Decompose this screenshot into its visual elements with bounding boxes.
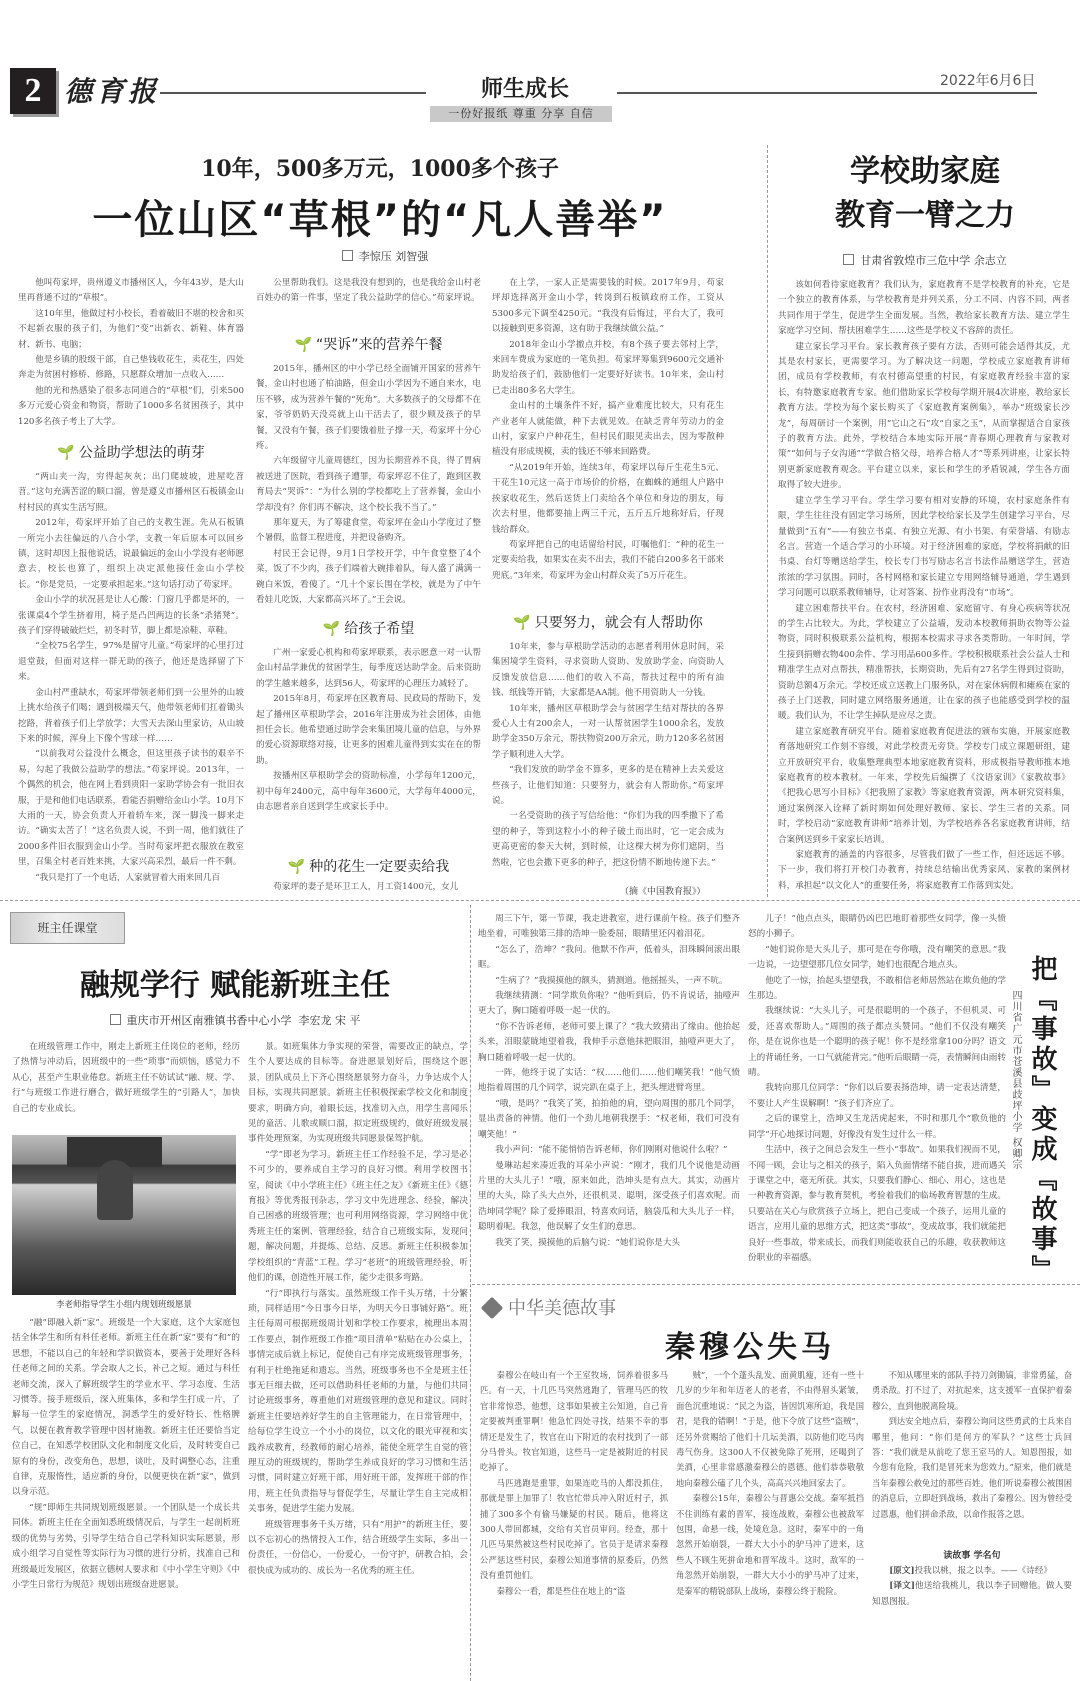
- paragraph: “融”即融入新“家”。班级是一个大家庭，这个大家庭包括全体学生和所有科任老师。新…: [12, 1316, 240, 1501]
- paragraph: 之后的课堂上，浩坤又生龙活虎起来，不时和那几个“歌负他的同学”开心地探讨问题，好…: [748, 1112, 1006, 1143]
- paragraph: 那年夏天，为了筹建食堂，苟家坪在金山小学度过了整个暑假，监督工程进度，并把设备购…: [256, 516, 481, 547]
- family-headline-line1: 学校助家庭: [780, 150, 1070, 194]
- column-divider: [470, 905, 471, 1681]
- main-intro: 他叫苟家坪，贵州遵义市播州区人，今年43岁，是大山里再普通不过的“草根”。 这1…: [18, 276, 244, 436]
- main-col-2-low: 广州一家爱心机构和苟家坪联系，表示愿意一对一认帮金山村品学兼优的贫困学生，每季度…: [256, 646, 481, 846]
- masthead-rule-left: [160, 92, 426, 94]
- paragraph: 苟家坪的妻子是环卫工人，月工资1400元，女儿: [256, 880, 481, 895]
- subhead-text: 公益助学想法的萌芽: [79, 445, 205, 461]
- paragraph: “从2019年开始，连续3年，苟家坪以每斤生花生5元、干花生10元这一高于市场价…: [492, 461, 724, 538]
- paragraph: 一名受资助的孩子写信给他：“你们为我的四季撒下了希望的种子，等到这粒小小的种子破…: [492, 809, 724, 870]
- paragraph: 一阵，他终于说了实话：“权……他们……他们嘲笑我！”他气愤地指着周围的几个同学，…: [478, 1066, 740, 1097]
- note-original-label: [原文]: [889, 1566, 914, 1576]
- byline-box-icon: [110, 1014, 121, 1025]
- diamond-logo-icon: [481, 1297, 504, 1320]
- note-translation-label: [译文]: [889, 1581, 915, 1591]
- classroom-photo: [12, 1135, 236, 1295]
- source-credit: （摘《中国教育报》）: [620, 884, 706, 897]
- column-tag: 班主任课堂: [10, 912, 125, 944]
- series-logo: 中华美德故事: [484, 1294, 616, 1320]
- byline-box-icon: [843, 254, 854, 265]
- paragraph: 这10年里，他做过村小校长，看着破旧不堪的校舍和买不起新衣服的孩子们，为他们“变…: [18, 307, 244, 353]
- paragraph: 他吃了一惊，抬起头望望我，不敢相信老师居然站在欺负他的学生那边。: [748, 974, 1006, 1005]
- paragraph: “我们发放的助学金不算多，更多的是在精神上去关爱这些孩子，让他们知道：只要努力，…: [492, 763, 724, 809]
- paragraph: 建立家长学习平台。家长教育孩子要有方法，否则可能会适得其反，尤其是农村家长，更需…: [778, 340, 1070, 494]
- paragraph: 我小声问：“能不能悄悄告诉老师，你们刚刚对他说什么啦？”: [478, 1143, 740, 1158]
- paragraph: “学”即老为学习。新班主任工作经验不足，学习是必不可少的，要养成自主学习的良好习…: [248, 1148, 468, 1287]
- paragraph: “怎么了，浩坤？”我问。他默不作声，低着头，泪珠瞬间滚出眼眶。: [478, 943, 740, 974]
- main-col-3-low: 10年来，参与草根助学活动的志愿者利用休息时间，采集困境学生资料，寻求资助人资助…: [492, 640, 724, 870]
- incident-byline: 四川省广元市苍溪县歧坪小学 权卿宗: [1008, 990, 1023, 1230]
- qin-col-3: 不知从哪里来的部队手持刀剑锄镐，非常勇猛，奋勇杀敌。打不过了，对抗起来，这支援军…: [872, 1368, 1072, 1538]
- sprout-icon: 🌱: [323, 621, 340, 637]
- paragraph: “我只是打了一个电话，人家就冒着大雨来回几百: [18, 871, 244, 886]
- paragraph: 在班级管理工作中，刚走上新班主任岗位的老师，经历了热情与冲动后，因班级中的一些“…: [12, 1040, 240, 1117]
- qin-col-2: 贼”，一个个蓬头乱发、面黄肌瘦，还有一些十几岁的少年和年迈老人的老者，不由得眉头…: [676, 1368, 864, 1678]
- note-title: 读故事 学名句: [872, 1548, 1072, 1561]
- paragraph: 到达安全地点后，秦穆公询问这些勇武的士兵来自哪里，他问：“你们是何方的军队？”这…: [872, 1414, 1072, 1522]
- byline-names: 李宏龙 宋 平: [299, 1014, 361, 1027]
- newspaper-logo: 德育报: [64, 70, 160, 110]
- paragraph: 村民王会记得，9月1日学校开学，中午食堂整了4个菜，饭了不少肉，孩子们端着大碗排…: [256, 547, 481, 609]
- sprout-icon: 🌱: [57, 445, 74, 461]
- paragraph: “哦，是吗？”我笑了笑，拍拍他的肩，望向周围的那几个同学，显出责备的神情。他们一…: [478, 1097, 740, 1143]
- paragraph: 我继续说：“大头儿子，可是很聪明的一个孩子，不但机灵、可爱，还喜欢帮助人。”周围…: [748, 1004, 1006, 1081]
- paragraph: 秦穆公在岐山有一个王室牧场，饲养着很多马匹。有一天，十几匹马突然逃跑了，管理马匹…: [480, 1368, 668, 1476]
- paragraph: 曼琳站起来凑近我的耳朵小声说：“刚才，我们几个说他是动画片里的大头儿子！”哦，原…: [478, 1159, 740, 1236]
- paragraph: 10年来，播州区草根助学会与贫困学生结对帮扶的各界爱心人士有200余人，一对一认…: [492, 702, 724, 764]
- paragraph: “规”即师生共同规划班级愿景。一个团队是一个成长共同体。新班主任在全面知悉班级情…: [12, 1501, 240, 1593]
- paragraph: 2015年，播州区的中小学已经全面铺开国家的营养午餐，金山村也通了柏油路，但金山…: [256, 362, 481, 454]
- paragraph: “以前我对公益没什么概念，但这里孩子读书的艰辛不易，勾起了我做公益助学的想法。”…: [18, 747, 244, 870]
- paragraph: 2015年8月，苟家坪在区教育局、民政局的帮助下，发起了播州区草根助学会，201…: [256, 692, 481, 769]
- paragraph: “全校75名学生，97%是留守儿童。”苟家坪的心里打过退堂鼓，但面对这样一群无助…: [18, 639, 244, 685]
- main-headline: 一位山区“草根”的“凡人善举”: [30, 188, 730, 245]
- paragraph: 2012年，苟家坪开始了自己的支教生涯。先从石板镇一所完小去往偏远的八合小学，支…: [18, 516, 244, 593]
- paragraph: 公里帮助我们。这是我没有想到的，也是我给金山村老百姓办的第一件事，坚定了我公益助…: [256, 276, 481, 307]
- paragraph: 在上学，一家人正是需要钱的时候。2017年9月，苟家坪却选择离开金山小学，转岗到…: [492, 276, 724, 338]
- main-col-2-end: 苟家坪的妻子是环卫工人，月工资1400元，女儿: [256, 880, 481, 896]
- note-body: [原文]投我以桃，报之以李。——《诗经》 [译文]他送给我桃儿，我以李子回赠他。…: [872, 1564, 1072, 1624]
- paragraph: 生活中，孩子之间总会发生一些小“事故”。如果我们视而不见，不闻一顾，会让与之相关…: [748, 1143, 1006, 1266]
- paragraph: 六年级留守儿童周德红，因为长期营养不良，得了胃病被送进了医院，看到孩子遭罪，苟家…: [256, 454, 481, 516]
- paragraph: 广州一家爱心机构和苟家坪联系，表示愿意一对一认帮金山村品学兼优的贫困学生，每季度…: [256, 646, 481, 692]
- qin-col-1: 秦穆公在岐山有一个王室牧场，饲养着很多马匹。有一天，十几匹马突然逃跑了，管理马匹…: [480, 1368, 668, 1678]
- main-kicker: 10年，500多万元，1000多个孩子: [120, 152, 640, 183]
- paragraph: “她们说你是大头儿子，那可是在夸你哦，没有嘲笑的意思。”我一边说，一边望望那几位…: [748, 943, 1006, 974]
- note-original: [原文]投我以桃，报之以李。——《诗经》: [872, 1564, 1072, 1579]
- byline-org: 重庆市开州区南雅镇书香中心小学: [127, 1014, 292, 1027]
- note-original-text: 投我以桃，报之以李。——《诗经》: [915, 1566, 1053, 1576]
- paragraph: 马匹逃跑是重罪，如果连吃马的人都没抓住，那就是罪上加罪了！牧官忙带兵冲入附近村子…: [480, 1476, 668, 1584]
- paragraph: “行”即执行与落实。虽然班级工作千头万绪，十分繁琐，同样适用“今日事今日毕，为明…: [248, 1287, 468, 1518]
- paragraph: 秦穆公15年，秦穆公与晋惠公交战。秦军抵挡不住训练有素的晋军，接连战败，秦穆公也…: [676, 1491, 864, 1599]
- subhead-text: 给孩子希望: [344, 621, 414, 637]
- newteacher-byline: 重庆市开州区南雅镇书香中心小学 李宏龙 宋 平: [20, 1012, 450, 1028]
- paragraph: “你不告诉老师，老师可要上课了？”我大致猜出了缘由。他抬起头来，泪眼蒙眬地望着我…: [478, 1020, 740, 1066]
- main-col-3-top: 在上学，一家人正是需要钱的时候。2017年9月，苟家坪却选择离开金山小学，转岗到…: [492, 276, 724, 596]
- subhead-3: 🌱给孩子希望: [256, 618, 481, 638]
- family-byline: 甘肃省敦煌市三危中学 余志立: [780, 252, 1070, 268]
- newteacher-headline: 融规学行 赋能新班主任: [20, 960, 450, 1004]
- paragraph: 按播州区草根助学会的资助标准，小学每年1200元，初中每年2400元，高中每年3…: [256, 769, 481, 815]
- paragraph: 秦穆公一看，都是些住在地上的“盗: [480, 1584, 668, 1599]
- main-col-2-mid: 2015年，播州区的中小学已经全面铺开国家的营养午餐，金山村也通了柏油路，但金山…: [256, 362, 481, 612]
- photo-caption: 李老师指导学生小组内规划班级愿景: [12, 1298, 236, 1310]
- subhead-text: 只要努力，就会有人帮助你: [535, 615, 703, 631]
- main-byline: 李惊压 刘智强: [0, 248, 770, 264]
- paragraph: 景。如班集体力争实现的荣誉，需要改正的缺点，学生个人要达成的目标等。奋进愿景划好…: [248, 1040, 468, 1148]
- incident-headline: 把『事故』变成『故事』: [1024, 955, 1061, 1275]
- sprout-icon: 🌱: [513, 615, 530, 631]
- newteacher-col-2: 景。如班集体力争实现的荣誉，需要改正的缺点，学生个人要达成的目标等。奋进愿景划好…: [248, 1040, 468, 1678]
- series-logo-text: 中华美德故事: [508, 1298, 616, 1319]
- issue-date: 2022年6月6日: [940, 70, 1035, 90]
- incident-col-1: 周三下午，第一节课，我走进教室，进行课前午检。孩子们整齐地坐着，可唯独第三排的浩…: [478, 912, 740, 1282]
- main-col-1: “两山夹一沟，穷得起灰灰；出门爬坡坡，进屋吃苕苕。”这句充满苦涩的顺口溜，曾是遵…: [18, 470, 244, 910]
- main-col-2-top: 公里帮助我们。这是我没有想到的，也是我给金山村老百姓办的第一件事，坚定了我公益助…: [256, 276, 481, 324]
- column-divider: [767, 145, 768, 897]
- paragraph: 建立学生学习平台。学生学习要有相对安静的环境，农村家庭条件有限，学生往往没有固定…: [778, 494, 1070, 602]
- subhead-1: 🌱公益助学想法的萌芽: [18, 442, 244, 462]
- family-headline-line2: 教育一臂之力: [780, 194, 1070, 238]
- paragraph: 他是乡镇的股级干部，自己垫钱收花生，卖花生，四处奔走为贫困村修桥、修路，只愿群众…: [18, 353, 244, 384]
- paragraph: 班级管理事务千头万绪，只有“用护”的新班主任，要以不忘初心的热情投入工作，结合班…: [248, 1518, 468, 1580]
- paragraph: “两山夹一沟，穷得起灰灰；出门爬坡坡，进屋吃苕苕。”这句充满苦涩的顺口溜，曾是遵…: [18, 470, 244, 516]
- paragraph: 儿子！”他点点头，眼睛仍凶巴巴地盯着那些女同学，像一头愤怒的小狮子。: [748, 912, 1006, 943]
- paragraph: “生病了？”我摸摸他的额头，猜测道。他摇摇头，一声不吭。: [478, 974, 740, 989]
- paragraph: 我转向那几位同学：“你们以后要表扬浩坤，请一定表达清楚，不要让人产生误解啊！”孩…: [748, 1081, 1006, 1112]
- qin-headline: 秦穆公失马: [600, 1322, 900, 1366]
- sprout-icon: 🌱: [288, 859, 305, 875]
- photo-teacher: [97, 1160, 133, 1220]
- byline-box-icon: [342, 250, 353, 261]
- slogan: 一份好报纸 尊重 分享 自信: [430, 106, 612, 122]
- newteacher-intro: 在班级管理工作中，刚走上新班主任岗位的老师，经历了热情与冲动后，因班级中的一些“…: [12, 1040, 240, 1134]
- paragraph: 不知从哪里来的部队手持刀剑锄镐，非常勇猛，奋勇杀敌。打不过了，对抗起来，这支援军…: [872, 1368, 1072, 1414]
- section-title: 师生成长: [440, 72, 610, 103]
- section-divider: [472, 1284, 1080, 1285]
- paragraph: 金山村的土壤条件不好，搞产业难度比较大，只有花生产业老年人就能做，种下去就见效。…: [492, 399, 724, 461]
- subhead-5: 🌱只要努力，就会有人帮助你: [492, 612, 724, 632]
- masthead-rule-right: [617, 92, 1037, 94]
- sprout-icon: 🌱: [295, 337, 312, 353]
- section-divider: [0, 900, 1080, 901]
- paragraph: 我继续猜测：“同学欺负你啦？”他听到后，仍不肯说话，抽噎声更大了，胸口随着呼吸一…: [478, 989, 740, 1020]
- family-headline: 学校助家庭 教育一臂之力: [780, 150, 1070, 238]
- paragraph: 建立家庭教育研究平台。随着家庭教育促进法的颁布实施，开展家庭教育落地研究工作刻不…: [778, 725, 1070, 848]
- paragraph: 建立困难帮扶平台。在农村，经济困难、家庭留守、有身心疾病等状况的学生占比较大。为…: [778, 602, 1070, 725]
- incident-col-2: 儿子！”他点点头，眼睛仍凶巴巴地盯着那些女同学，像一头愤怒的小狮子。 “她们说你…: [748, 912, 1006, 1282]
- paragraph: 他叫苟家坪，贵州遵义市播州区人，今年43岁，是大山里再普通不过的“草根”。: [18, 276, 244, 307]
- paragraph: 贼”，一个个蓬头乱发、面黄肌瘦，还有一些十几岁的少年和年迈老人的老者，不由得眉头…: [676, 1368, 864, 1491]
- subhead-text: 种的花生一定要卖给我: [309, 859, 449, 875]
- paragraph: 家庭教育的涵盖的内容很多，尽管我们做了一些工作，但还远远不够。下一步，我们将打开…: [778, 848, 1070, 890]
- paragraph: 该如何看待家庭教育？我们认为，家庭教育不是学校教育的补充，它是一个独立的教育体系…: [778, 278, 1070, 340]
- page-number: 2: [10, 68, 56, 114]
- newteacher-col-1: “融”即融入新“家”。班级是一个大家庭，这个大家庭包括全体学生和所有科任老师。新…: [12, 1316, 240, 1678]
- paragraph: 2018年金山小学撤点并校，有8个孩子要去邻村上学，来回车费成为家庭的一笔负担。…: [492, 338, 724, 400]
- paragraph: 周三下午，第一节课，我走进教室，进行课前午检。孩子们整齐地坐着，可唯独第三排的浩…: [478, 912, 740, 943]
- paragraph: 苟家坪把自己的电话留给村民，叮嘱他们：“种的花生一定要卖给我，如果实在卖不出去，…: [492, 538, 724, 584]
- subhead-2: 🌱“哭诉”来的营养午餐: [256, 334, 481, 354]
- paragraph: 10年来，参与草根助学活动的志愿者利用休息时间，采集困境学生资料，寻求资助人资助…: [492, 640, 724, 702]
- subhead-text: “哭诉”来的营养午餐: [316, 337, 443, 353]
- paragraph: 金山小学的状况甚是让人心酸：门窗几乎都是坏的，一张课桌4个学生挤着用，椅子是凸凹…: [18, 593, 244, 639]
- family-body: 该如何看待家庭教育？我们认为，家庭教育不是学校教育的补充，它是一个独立的教育体系…: [778, 278, 1070, 890]
- paragraph: 金山村严重缺水，苟家坪带领老师们到一公里外的山坡上挑水给孩子们喝；遇到极端天气，…: [18, 686, 244, 748]
- note-translation: [译文]他送给我桃儿，我以李子回赠他。做人要知恩图报。: [872, 1579, 1072, 1610]
- paragraph: 我笑了笑，摸摸他的后脑勺说：“她们说你是大头: [478, 1236, 740, 1251]
- paragraph: 他的光和热感染了很多志同道合的“草根”们，引来500多万元爱心资金和物资，帮助了…: [18, 384, 244, 430]
- family-byline-text: 甘肃省敦煌市三危中学 余志立: [860, 254, 1007, 267]
- main-byline-text: 李惊压 刘智强: [359, 250, 429, 263]
- subhead-4: 🌱种的花生一定要卖给我: [256, 856, 481, 876]
